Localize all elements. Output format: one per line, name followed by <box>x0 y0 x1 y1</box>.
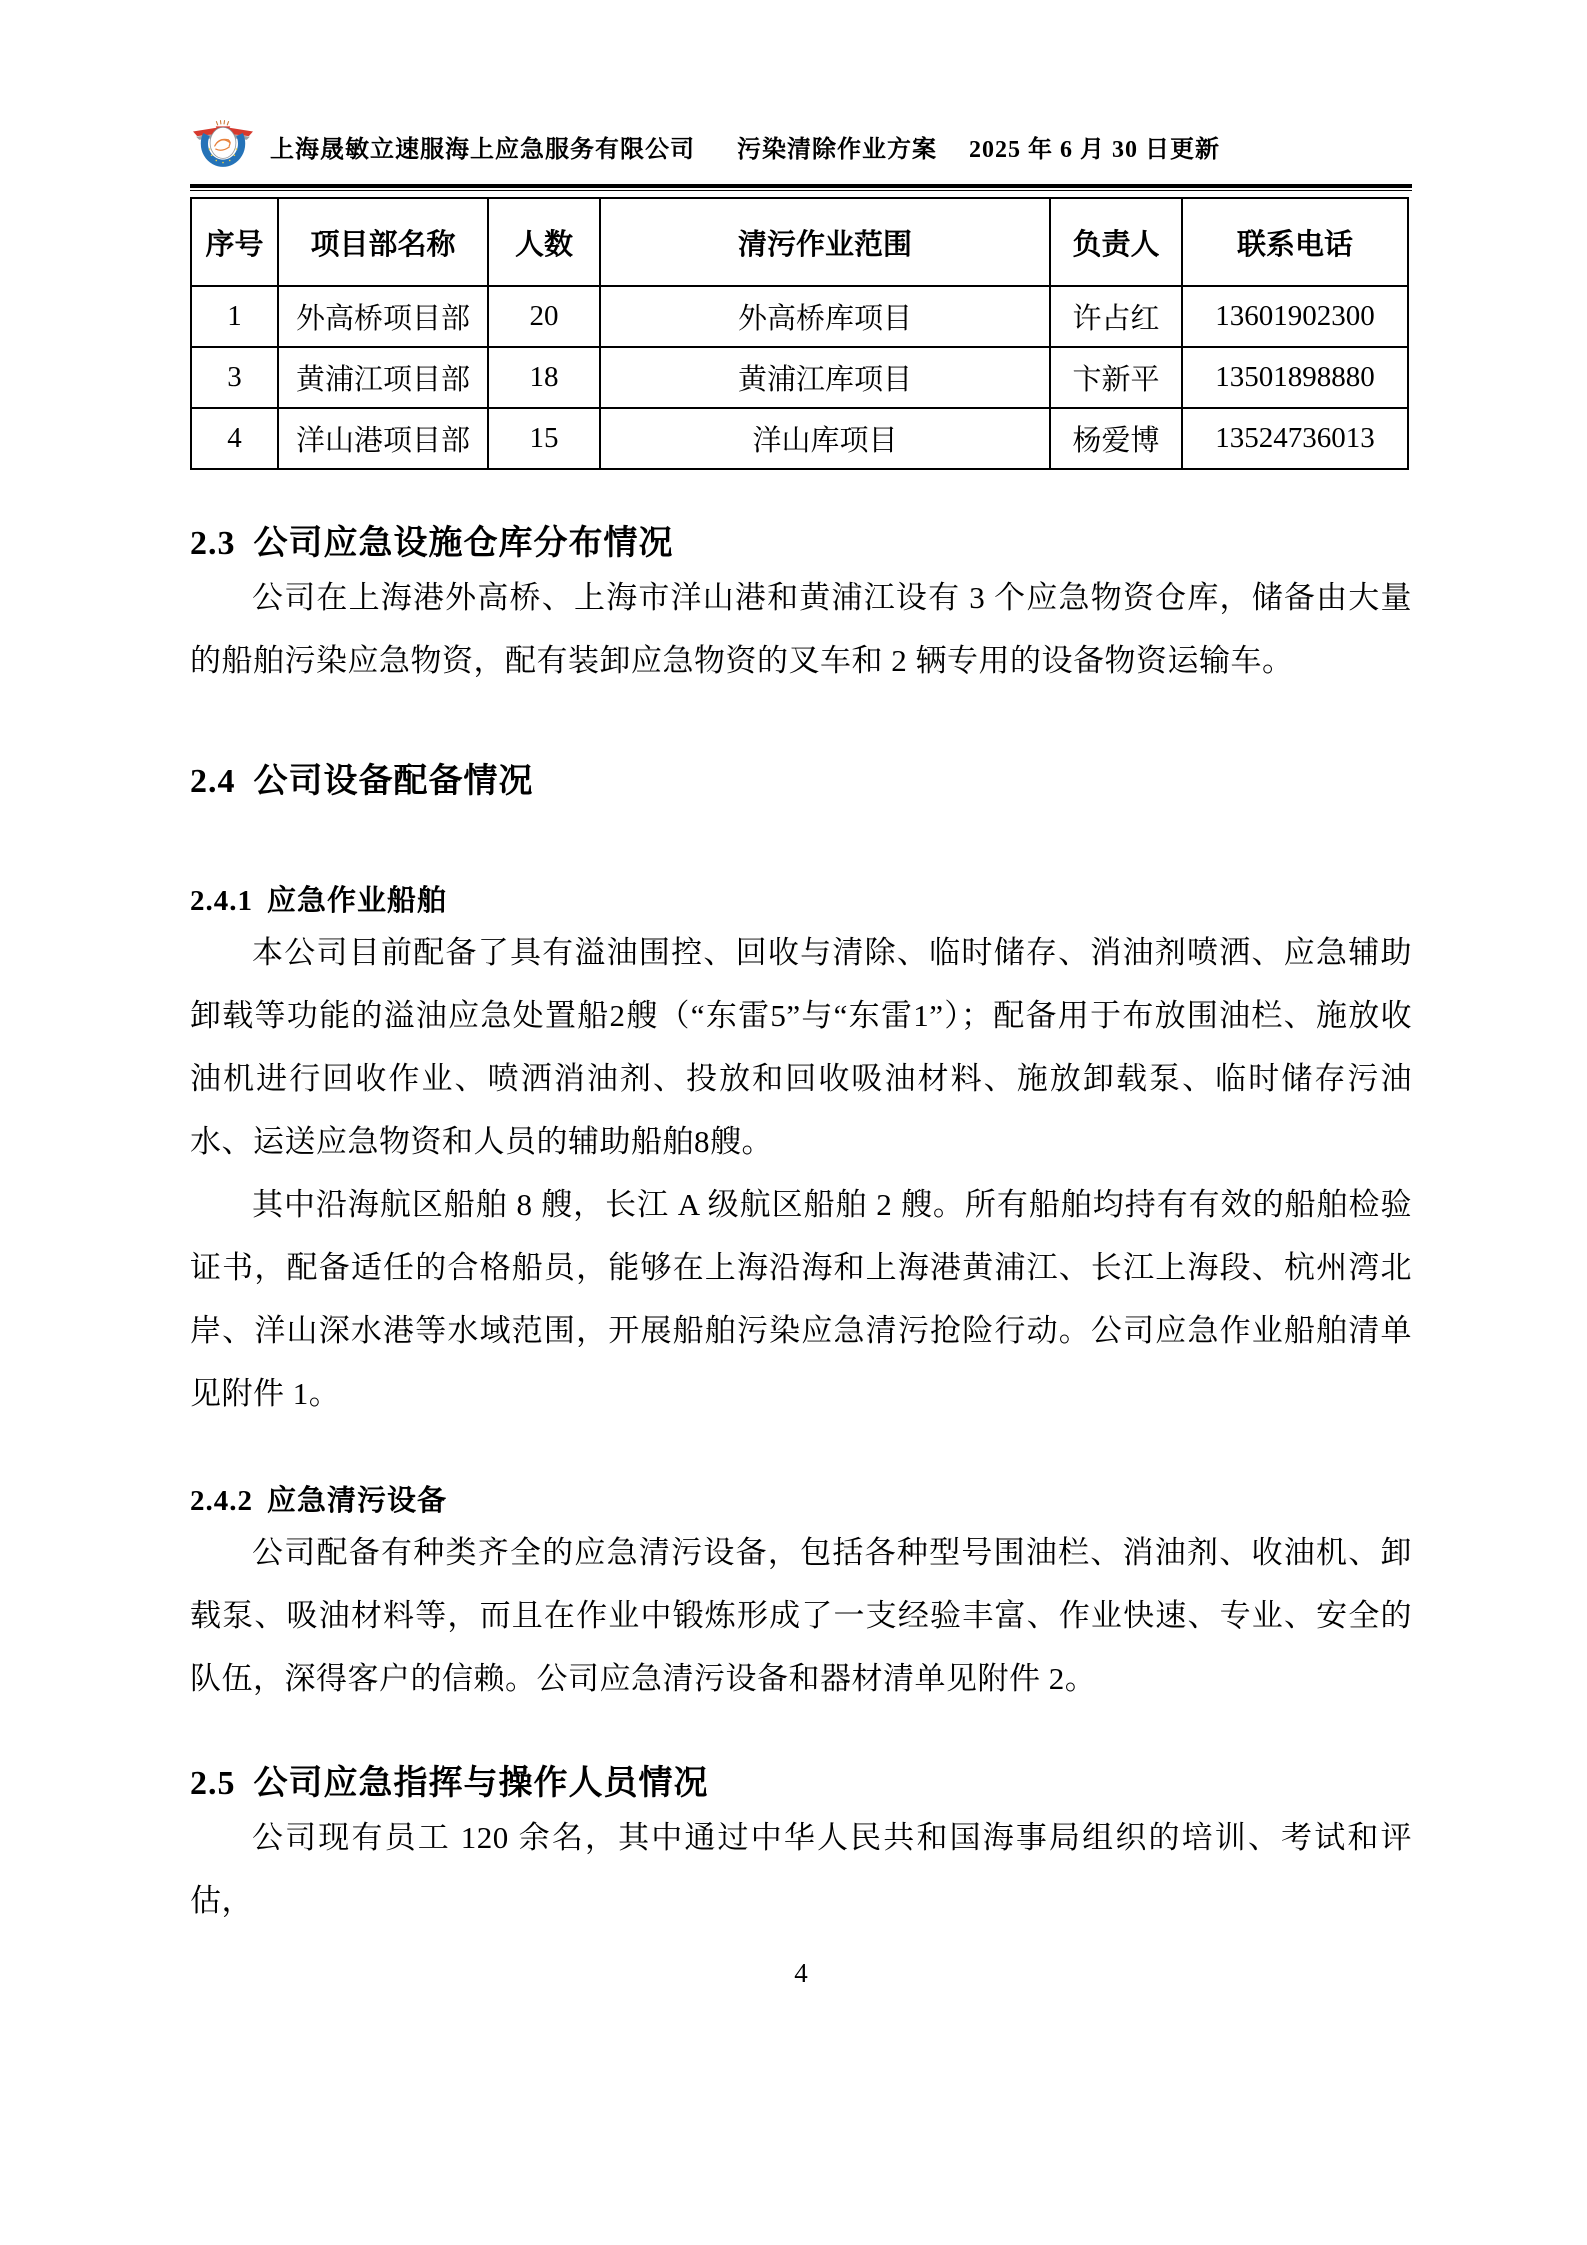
table-header-row: 序号 项目部名称 人数 清污作业范围 负责人 联系电话 <box>191 198 1408 286</box>
table-row: 3 黄浦江项目部 18 黄浦江库项目 卞新平 13501898880 <box>191 347 1408 408</box>
cell-phone: 13501898880 <box>1182 347 1408 408</box>
update-date: 2025 年 6 月 30 日更新 <box>969 137 1220 163</box>
section-heading-2-5: 2.5公司应急指挥与操作人员情况 <box>190 1762 1412 1806</box>
paragraph-2-3: 公司在上海港外高桥、上海市洋山港和黄浦江设有 3 个应急物资仓库，储备由大量的船… <box>190 566 1412 692</box>
cell-scope: 洋山库项目 <box>600 408 1050 469</box>
paragraph-2-4-1-a: 本公司目前配备了具有溢油围控、回收与清除、临时储存、消油剂喷洒、应急辅助卸载等功… <box>190 921 1412 1173</box>
section-heading-2-4-1: 2.4.1应急作业船舶 <box>190 881 1412 921</box>
cell-manager: 卞新平 <box>1050 347 1182 408</box>
cell-manager: 杨爱博 <box>1050 408 1182 469</box>
section-title: 应急清污设备 <box>267 1485 447 1517</box>
cell-headcount: 18 <box>488 347 600 408</box>
section-number: 2.4 <box>190 763 236 800</box>
cell-index: 1 <box>191 286 278 347</box>
section-title: 公司应急设施仓库分布情况 <box>254 525 674 562</box>
company-name: 上海晟敏立速服海上应急服务有限公司 <box>270 137 695 163</box>
section-title: 应急作业船舶 <box>267 885 447 917</box>
col-header-headcount: 人数 <box>488 198 600 286</box>
section-number: 2.4.2 <box>190 1485 253 1517</box>
col-header-scope: 清污作业范围 <box>600 198 1050 286</box>
section-title: 公司应急指挥与操作人员情况 <box>254 1765 709 1802</box>
cell-index: 3 <box>191 347 278 408</box>
cell-manager: 许占红 <box>1050 286 1182 347</box>
paragraph-2-4-1-b: 其中沿海航区船舶 8 艘，长江 A 级航区船舶 2 艘。所有船舶均持有有效的船舶… <box>190 1173 1412 1425</box>
section-number: 2.5 <box>190 1765 236 1802</box>
col-header-manager: 负责人 <box>1050 198 1182 286</box>
page-number: 4 <box>794 1958 808 1988</box>
header-title-line: 上海晟敏立速服海上应急服务有限公司污染清除作业方案2025 年 6 月 30 日… <box>270 129 1220 164</box>
section-heading-2-4-2: 2.4.2应急清污设备 <box>190 1481 1412 1521</box>
cell-index: 4 <box>191 408 278 469</box>
col-header-department: 项目部名称 <box>278 198 488 286</box>
table-row: 1 外高桥项目部 20 外高桥库项目 许占红 13601902300 <box>191 286 1408 347</box>
cell-headcount: 15 <box>488 408 600 469</box>
header-rule <box>190 184 1412 191</box>
paragraph-2-5: 公司现有员工 120 余名，其中通过中华人民共和国海事局组织的培训、考试和评估， <box>190 1806 1412 1932</box>
project-departments-table: 序号 项目部名称 人数 清污作业范围 负责人 联系电话 1 外高桥项目部 20 … <box>190 197 1409 470</box>
page-footer: 4 <box>190 1958 1412 1988</box>
col-header-index: 序号 <box>191 198 278 286</box>
document-title: 污染清除作业方案 <box>737 137 937 163</box>
section-title: 公司设备配备情况 <box>254 763 534 800</box>
section-heading-2-4: 2.4公司设备配备情况 <box>190 760 1412 804</box>
cell-phone: 13524736013 <box>1182 408 1408 469</box>
cell-department: 洋山港项目部 <box>278 408 488 469</box>
section-heading-2-3: 2.3公司应急设施仓库分布情况 <box>190 522 1412 566</box>
page-header: 上海晟敏立速服海上应急服务有限公司污染清除作业方案2025 年 6 月 30 日… <box>190 112 1412 180</box>
cell-headcount: 20 <box>488 286 600 347</box>
section-number: 2.3 <box>190 525 236 562</box>
cell-phone: 13601902300 <box>1182 286 1408 347</box>
section-number: 2.4.1 <box>190 885 253 917</box>
col-header-phone: 联系电话 <box>1182 198 1408 286</box>
company-logo-icon <box>192 115 254 177</box>
paragraph-2-4-2: 公司配备有种类齐全的应急清污设备，包括各种型号围油栏、消油剂、收油机、卸载泵、吸… <box>190 1521 1412 1710</box>
cell-scope: 外高桥库项目 <box>600 286 1050 347</box>
header-rule-thin-line <box>190 190 1412 191</box>
cell-department: 外高桥项目部 <box>278 286 488 347</box>
document-page: 上海晟敏立速服海上应急服务有限公司污染清除作业方案2025 年 6 月 30 日… <box>0 0 1587 2245</box>
cell-scope: 黄浦江库项目 <box>600 347 1050 408</box>
header-rule-thick-line <box>190 184 1412 188</box>
cell-department: 黄浦江项目部 <box>278 347 488 408</box>
table-row: 4 洋山港项目部 15 洋山库项目 杨爱博 13524736013 <box>191 408 1408 469</box>
